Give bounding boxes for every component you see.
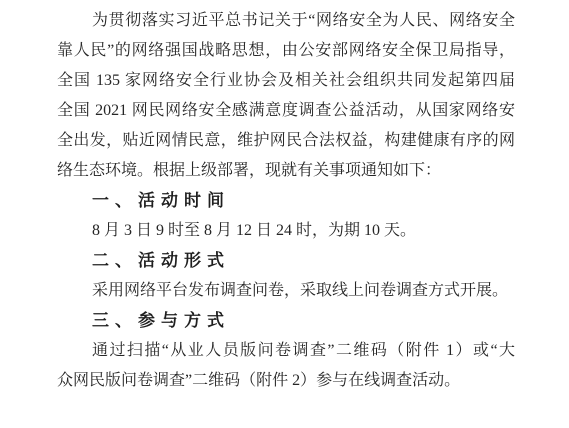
participation-method-line: 通过扫描“从业人员版问卷调查”二维码（附件 1）或“大 — [57, 336, 515, 366]
section-1-heading: 一、活动时间 — [57, 186, 515, 216]
intro-paragraph-line: 全出发，贴近网情民意，维护网民合法权益，构建健康有序的网 — [57, 126, 515, 156]
intro-paragraph-line: 靠人民”的网络强国战略思想，由公安部网络安全保卫局指导， — [57, 36, 515, 66]
intro-paragraph: 为贯彻落实习近平总书记关于“网络安全为人民、网络安全 靠人民”的网络强国战略思想… — [57, 6, 515, 186]
intro-paragraph-line: 为贯彻落实习近平总书记关于“网络安全为人民、网络安全 — [57, 6, 515, 36]
participation-method-line: 众网民版问卷调查”二维码（附件 2）参与在线调查活动。 — [57, 366, 515, 396]
intro-paragraph-line: 全国 2021 网民网络安全感满意度调查公益活动，从国家网络安 — [57, 96, 515, 126]
section-2-heading: 二、活动形式 — [57, 246, 515, 276]
activity-format-line: 采用网络平台发布调查问卷，采取线上问卷调查方式开展。 — [57, 276, 515, 306]
notice-document-page: 为贯彻落实习近平总书记关于“网络安全为人民、网络安全 靠人民”的网络强国战略思想… — [0, 0, 569, 428]
notice-body: 为贯彻落实习近平总书记关于“网络安全为人民、网络安全 靠人民”的网络强国战略思想… — [57, 6, 515, 396]
intro-paragraph-line: 全国 135 家网络安全行业协会及相关社会组织共同发起第四届 — [57, 66, 515, 96]
activity-format-paragraph: 采用网络平台发布调查问卷，采取线上问卷调查方式开展。 — [57, 276, 515, 306]
participation-method-paragraph: 通过扫描“从业人员版问卷调查”二维码（附件 1）或“大 众网民版问卷调查”二维码… — [57, 336, 515, 396]
intro-paragraph-line: 络生态环境。根据上级部署，现就有关事项通知如下： — [57, 156, 515, 186]
activity-time-paragraph: 8 月 3 日 9 时至 8 月 12 日 24 时，为期 10 天。 — [57, 216, 515, 246]
section-3-heading: 三、参与方式 — [57, 306, 515, 336]
activity-time-line: 8 月 3 日 9 时至 8 月 12 日 24 时，为期 10 天。 — [57, 216, 515, 246]
